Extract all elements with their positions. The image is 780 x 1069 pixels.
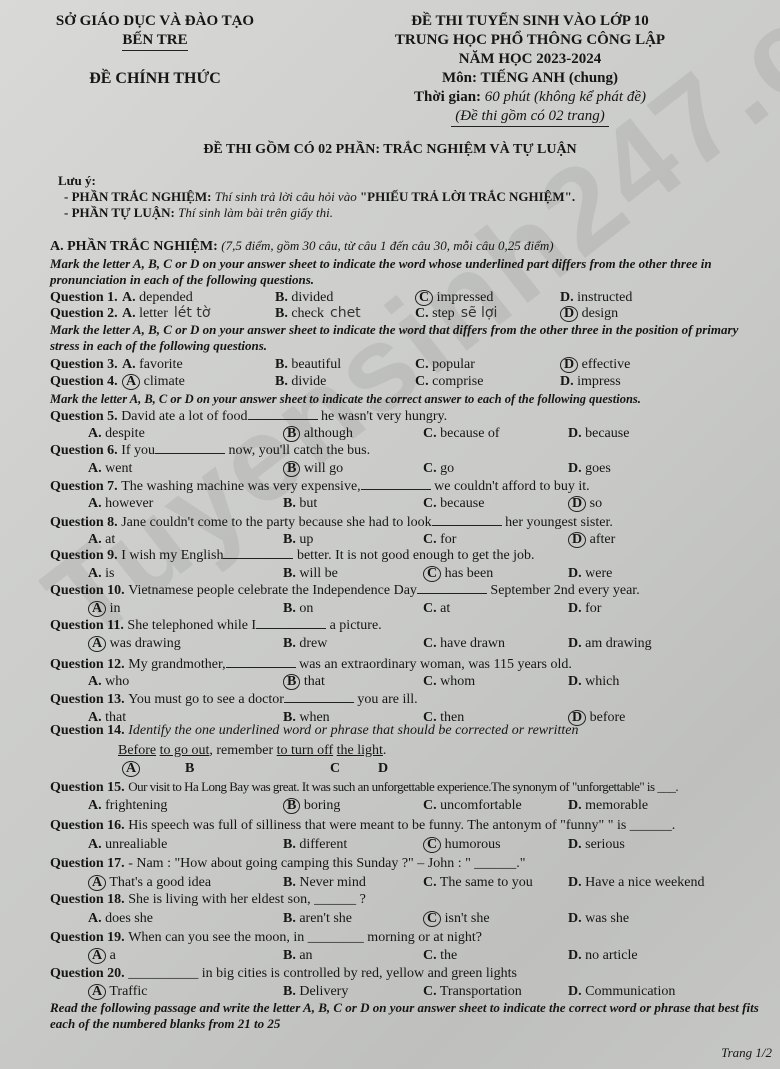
exam-name: ĐỀ THI TUYỂN SINH VÀO LỚP 10 [330, 12, 730, 31]
option-a[interactable]: A. is [88, 565, 114, 582]
question-17: Question 17. - Nam : "How about going ca… [50, 855, 770, 872]
option-d[interactable]: D. am drawing [568, 635, 652, 652]
question-label: Question 4. [50, 374, 118, 389]
question-8: Question 8. Jane couldn't come to the pa… [50, 513, 770, 531]
answer-blank [248, 407, 318, 420]
option-b[interactable]: B. divided [275, 289, 333, 306]
question-16: Question 16. His speech was full of sill… [50, 817, 770, 834]
section-a-heading: A. PHẦN TRẮC NGHIỆM: (7,5 điểm, gồm 30 c… [50, 238, 554, 255]
school-type: TRUNG HỌC PHỔ THÔNG CÔNG LẬP [330, 31, 730, 50]
question-4: Question 4. A climateB. divideC. compris… [50, 373, 770, 390]
question-label: Question 16. [50, 818, 128, 833]
question-10: Question 10. Vietnamese people celebrate… [50, 581, 770, 599]
question-5: Question 5. David ate a lot of food he w… [50, 407, 770, 425]
option-a[interactable]: A. despite [88, 425, 145, 442]
question-9: Question 9. I wish my English better. It… [50, 546, 770, 564]
option-b[interactable]: B. drew [283, 635, 327, 652]
official-label: ĐỀ CHÍNH THỨC [50, 69, 260, 88]
question-label: Question 8. [50, 515, 121, 530]
answer-blank [155, 441, 225, 454]
question-19: Question 19. When can you see the moon, … [50, 929, 770, 946]
notes: Lưu ý: - PHẦN TRẮC NGHIỆM: Thí sinh trả … [58, 173, 575, 221]
answer-blank [223, 546, 293, 559]
option-c[interactable]: C impressed [415, 289, 493, 306]
option-c[interactable]: C humorous [423, 836, 501, 853]
option-b[interactable]: B. beautiful [275, 356, 341, 373]
option-d[interactable]: D effective [560, 356, 630, 373]
handwritten-note: lét tờ [174, 305, 211, 321]
answer-blank [432, 513, 502, 526]
option-a[interactable]: A That's a good idea [88, 874, 211, 891]
option-d[interactable]: D. no article [568, 947, 638, 964]
question-label: Question 10. [50, 583, 128, 598]
option-c[interactable]: C. the [423, 947, 457, 964]
option-c[interactable]: C. because of [423, 425, 500, 442]
option-b[interactable]: B. but [283, 495, 317, 512]
option-b[interactable]: B. divide [275, 373, 326, 390]
option-b[interactable]: B. Delivery [283, 983, 348, 1000]
question-14: Question 14. Identify the one underlined… [50, 722, 770, 739]
handwritten-note: chet [330, 305, 361, 321]
question-7: Question 7. The washing machine was very… [50, 477, 770, 495]
header-right: ĐỀ THI TUYỂN SINH VÀO LỚP 10 TRUNG HỌC P… [330, 12, 730, 127]
question-13: Question 13. You must go to see a doctor… [50, 690, 770, 708]
option-c[interactable]: C. go [423, 460, 454, 477]
question-label: Question 3. [50, 357, 118, 372]
option-d[interactable]: D design [560, 305, 618, 322]
option-b[interactable]: B. an [283, 947, 313, 964]
exam-structure-title: ĐỀ THI GỒM CÓ 02 PHẦN: TRẮC NGHIỆM VÀ TỰ… [0, 142, 780, 158]
option-c[interactable]: C has been [423, 565, 493, 582]
question-label: Question 6. [50, 443, 121, 458]
question-label: Question 2. [50, 306, 118, 321]
question-12: Question 12. My grandmother, was an extr… [50, 655, 770, 673]
question-label: Question 11. [50, 618, 127, 633]
option-b[interactable]: B. different [283, 836, 347, 853]
marker-c[interactable]: C [330, 760, 340, 777]
instruction-stress: Mark the letter A, B, C or D on your ans… [50, 322, 760, 354]
option-d[interactable]: D. because [568, 425, 629, 442]
question-label: Question 19. [50, 930, 128, 945]
option-c[interactable]: C. uncomfortable [423, 797, 522, 814]
option-d[interactable]: D. Communication [568, 983, 675, 1000]
instruction-passage: Read the following passage and write the… [50, 1000, 760, 1032]
option-b[interactable]: B. aren't she [283, 910, 352, 927]
option-a[interactable]: A Traffic [88, 983, 147, 1000]
option-a[interactable]: A. depended [122, 289, 193, 306]
option-d[interactable]: D. Have a nice weekend [568, 874, 704, 891]
province: BẾN TRE [122, 31, 187, 51]
option-a[interactable]: A climate [122, 373, 185, 390]
option-d[interactable]: D so [568, 495, 602, 512]
option-a[interactable]: A. letterlét tờ [122, 305, 210, 322]
option-a[interactable]: A. unrealiable [88, 836, 167, 853]
question-2: Question 2. A. letterlét tờB. checkchetC… [50, 305, 770, 322]
marker-d[interactable]: D [378, 760, 388, 777]
question-label: Question 5. [50, 409, 121, 424]
option-d[interactable]: D. impress [560, 373, 621, 390]
option-d[interactable]: D. which [568, 673, 619, 690]
question-label: Question 15. [50, 780, 128, 795]
question-label: Question 17. [50, 856, 128, 871]
option-c[interactable]: C. The same to you [423, 874, 533, 891]
option-c[interactable]: C. Transportation [423, 983, 522, 1000]
option-a[interactable]: A. however [88, 495, 153, 512]
option-b[interactable]: B. will be [283, 565, 338, 582]
question-15: Question 15. Our visit to Ha Long Bay wa… [50, 778, 770, 796]
marker-b[interactable]: B [185, 760, 194, 777]
marker-a[interactable]: A [122, 760, 140, 777]
option-b[interactable]: B although [283, 425, 353, 442]
question-label: Question 13. [50, 692, 128, 707]
option-c[interactable]: C. because [423, 495, 484, 512]
question-label: Question 9. [50, 548, 121, 563]
option-c[interactable]: C. comprise [415, 373, 483, 390]
option-b[interactable]: B will go [283, 460, 343, 477]
school-year: NĂM HỌC 2023-2024 [330, 50, 730, 69]
option-b[interactable]: B. checkchet [275, 305, 361, 322]
question-label: Question 1. [50, 290, 118, 305]
question-18: Question 18. She is living with her elde… [50, 891, 770, 908]
option-c[interactable]: C. whom [423, 673, 475, 690]
question-11: Question 11. She telephoned while I a pi… [50, 616, 770, 634]
option-d[interactable]: D. was she [568, 910, 629, 927]
question-label: Question 12. [50, 657, 128, 672]
question-20: Question 20. __________ in big cities is… [50, 965, 770, 982]
option-c[interactable]: C. at [423, 600, 450, 617]
question-3: Question 3. A. favoriteB. beautifulC. po… [50, 356, 770, 373]
option-d[interactable]: D. serious [568, 836, 625, 853]
exam-page: Tuyensinh247.com SỞ GIÁO DỤC VÀ ĐÀO TẠO … [0, 0, 780, 1069]
question-6: Question 6. If you now, you'll catch the… [50, 441, 770, 459]
option-a[interactable]: A was drawing [88, 635, 181, 652]
option-a[interactable]: A in [88, 600, 121, 617]
option-d[interactable]: D. instructed [560, 289, 632, 306]
answer-blank [226, 655, 296, 668]
option-d[interactable]: D. memorable [568, 797, 648, 814]
option-c[interactable]: C. stepsẽ lợi [415, 305, 497, 322]
question-label: Question 20. [50, 966, 128, 981]
option-d[interactable]: D. for [568, 600, 601, 617]
question-label: Question 14. [50, 723, 128, 738]
page-number: Trang 1/2 [721, 1045, 772, 1061]
answer-blank [256, 616, 326, 629]
option-b[interactable]: B. on [283, 600, 313, 617]
option-b[interactable]: B boring [283, 797, 340, 814]
handwritten-note: sẽ lợi [461, 305, 498, 321]
question-label: Question 7. [50, 479, 121, 494]
header-left: SỞ GIÁO DỤC VÀ ĐÀO TẠO BẾN TRE ĐỀ CHÍNH … [50, 12, 260, 88]
option-a[interactable]: A. frightening [88, 797, 167, 814]
option-a[interactable]: A. does she [88, 910, 153, 927]
answer-blank [417, 581, 487, 594]
option-c[interactable]: C isn't she [423, 910, 490, 927]
answer-blank [284, 690, 354, 703]
option-c[interactable]: C. have drawn [423, 635, 505, 652]
page-count: (Đề thi gồm có 02 trang) [451, 107, 609, 127]
question-label: Question 18. [50, 892, 128, 907]
error-sentence: Before to go out, remember to turn off t… [118, 742, 780, 759]
option-a[interactable]: A. who [88, 673, 129, 690]
option-a[interactable]: A. favorite [122, 356, 183, 373]
option-c[interactable]: C. popular [415, 356, 475, 373]
option-d[interactable]: D. goes [568, 460, 611, 477]
option-b[interactable]: B. Never mind [283, 874, 366, 891]
option-b[interactable]: B that [283, 673, 325, 690]
instruction-pronunciation: Mark the letter A, B, C or D on your ans… [50, 256, 760, 288]
answer-blank [361, 477, 431, 490]
question-1: Question 1. A. dependedB. dividedC impre… [50, 289, 770, 306]
subject-line: Môn: TIẾNG ANH (chung) [330, 69, 730, 88]
instruction-correct: Mark the letter A, B, C or D on your ans… [50, 391, 760, 407]
option-a[interactable]: A a [88, 947, 116, 964]
option-d[interactable]: D. were [568, 565, 612, 582]
time-line: Thời gian: 60 phút (không kể phát đề) [330, 88, 730, 107]
department: SỞ GIÁO DỤC VÀ ĐÀO TẠO [50, 12, 260, 31]
option-a[interactable]: A. went [88, 460, 132, 477]
